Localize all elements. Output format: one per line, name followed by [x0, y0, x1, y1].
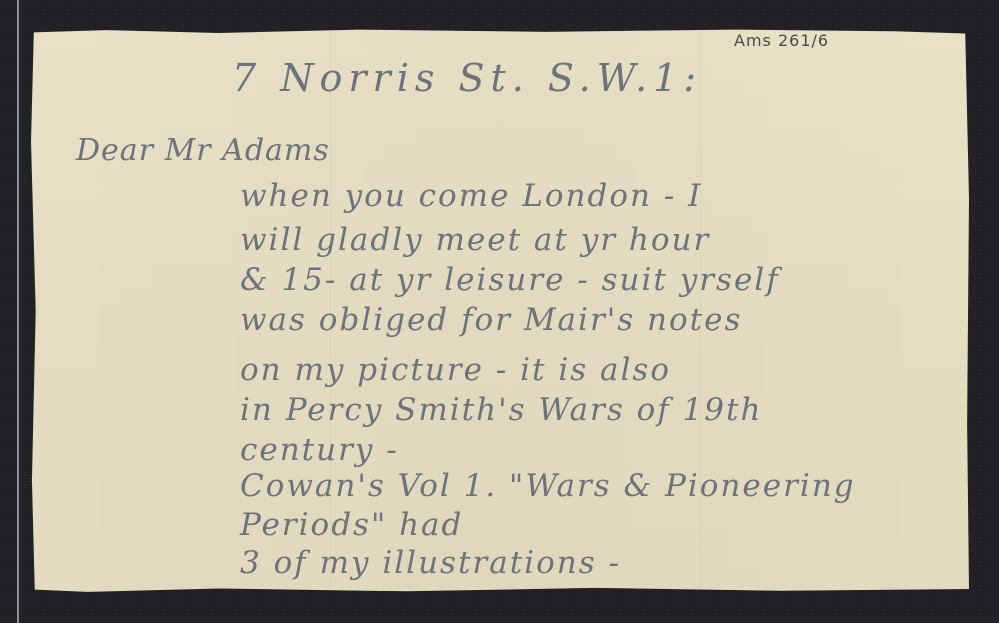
letter-line: Periods" had	[240, 507, 463, 543]
letter-line: & 15- at yr leisure - suit yrself	[240, 262, 780, 298]
sender-address: 7 Norris St. S.W.1:	[232, 56, 702, 100]
letter-line: Cowan's Vol 1. "Wars & Pioneering	[240, 468, 856, 504]
letter-line: on my picture - it is also	[240, 352, 671, 388]
letter-line: century -	[240, 432, 399, 468]
letter-line: 3 of my illustrations -	[240, 545, 621, 581]
letter-line: was obliged for Mair's notes	[240, 302, 742, 338]
letter-line: will gladly meet at yr hour	[240, 222, 710, 258]
letter-line: when you come London - I	[240, 178, 702, 214]
letter-line: in Percy Smith's Wars of 19th	[240, 392, 762, 428]
catalog-number: Ams 261/6	[734, 31, 829, 50]
salutation: Dear Mr Adams	[76, 133, 330, 168]
scanner-edge-line	[17, 0, 19, 623]
scanned-document: Ams 261/6 7 Norris St. S.W.1: Dear Mr Ad…	[0, 0, 999, 623]
